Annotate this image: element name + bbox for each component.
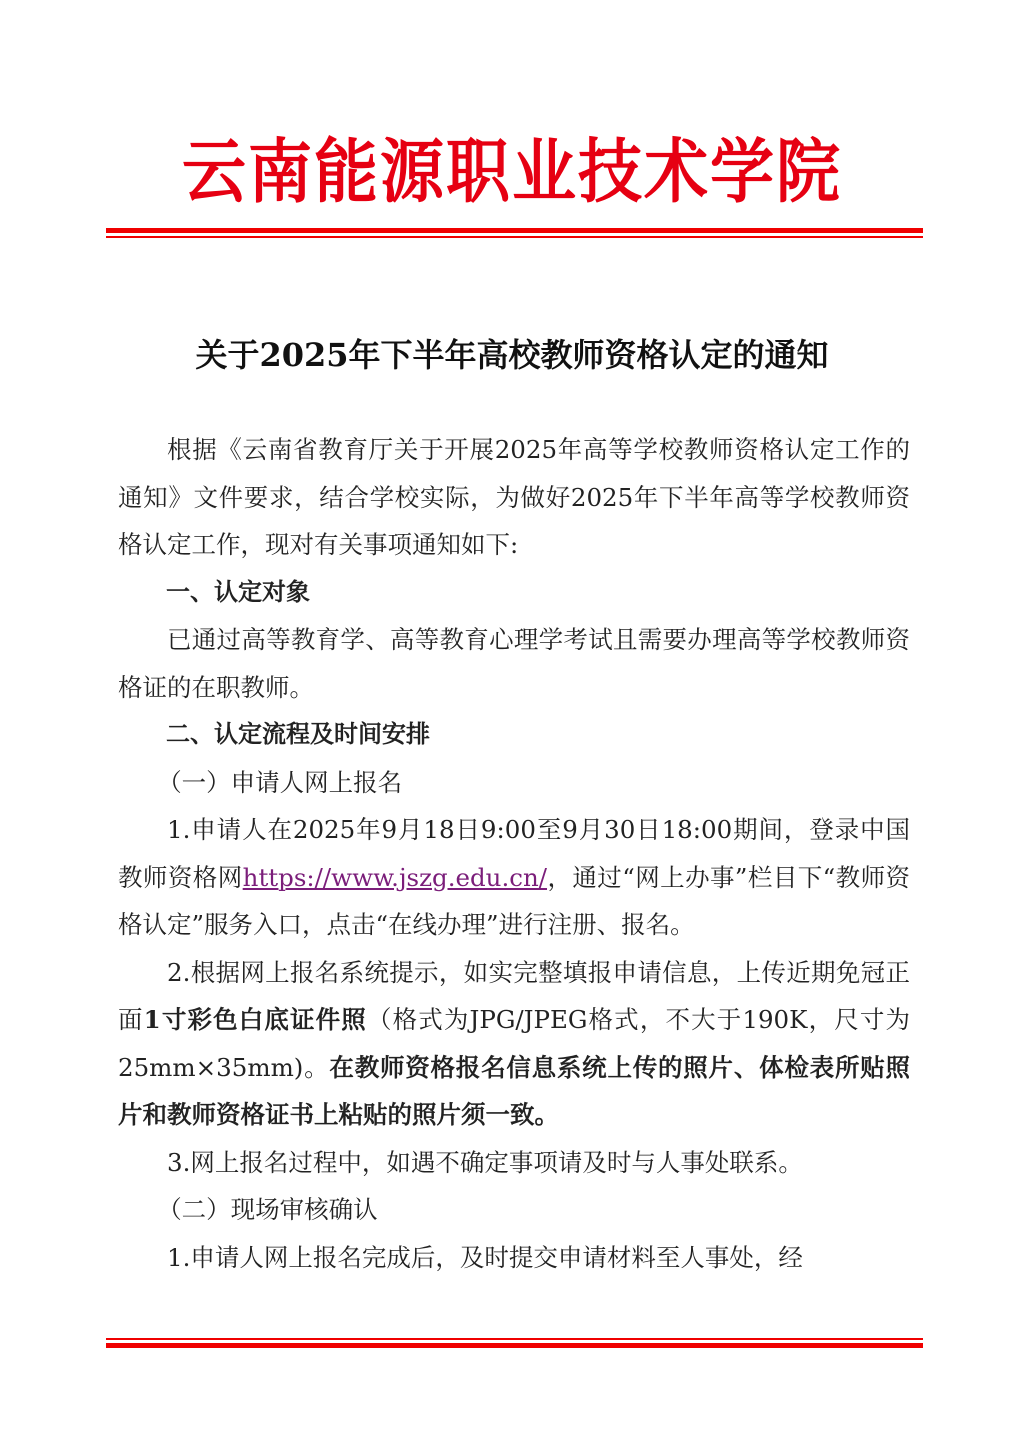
footer-divider-thick: [106, 1343, 923, 1348]
institution-masthead: 云南能源职业技术学院: [0, 124, 1024, 221]
photo-spec-emphasis: 1寸彩色白底证件照: [144, 1005, 367, 1034]
section-heading-process: 二、认定流程及时间安排: [118, 711, 910, 759]
notice-title: 关于2025年下半年高校教师资格认定的通知: [0, 330, 1024, 380]
onsite-review-item-1: 1.申请人网上报名完成后，及时提交申请材料至人事处，经: [118, 1234, 910, 1282]
eligibility-paragraph: 已通过高等教育学、高等教育心理学考试且需要办理高等学校教师资格证的在职教师。: [118, 616, 910, 711]
jszg-website-link[interactable]: https://www.jszg.edu.cn/: [243, 863, 547, 892]
header-divider-thick: [106, 228, 923, 233]
subsection-heading-online-registration: （一）申请人网上报名: [118, 759, 910, 807]
registration-item-3: 3.网上报名过程中，如遇不确定事项请及时与人事处联系。: [118, 1139, 910, 1187]
intro-paragraph: 根据《云南省教育厅关于开展2025年高等学校教师资格认定工作的通知》文件要求，结…: [118, 426, 910, 569]
registration-item-2: 2.根据网上报名系统提示，如实完整填报申请信息，上传近期免冠正面1寸彩色白底证件…: [118, 949, 910, 1139]
header-divider-thin: [106, 236, 923, 238]
notice-body: 根据《云南省教育厅关于开展2025年高等学校教师资格认定工作的通知》文件要求，结…: [118, 426, 910, 1281]
footer-divider-thin: [106, 1338, 923, 1340]
registration-item-1: 1.申请人在2025年9月18日9:00至9月30日18:00期间，登录中国教师…: [118, 806, 910, 949]
section-heading-eligibility: 一、认定对象: [118, 569, 910, 617]
subsection-heading-onsite-review: （二）现场审核确认: [118, 1186, 910, 1234]
